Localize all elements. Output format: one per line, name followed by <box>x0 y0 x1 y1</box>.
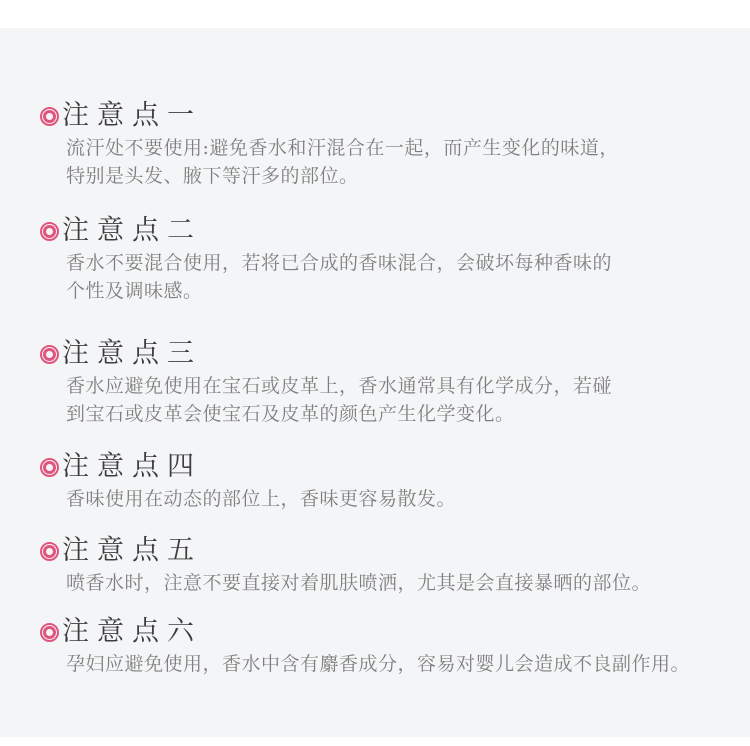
section-title: 注意点二 <box>62 216 202 246</box>
section-title: 注意点四 <box>62 452 202 482</box>
section-body-line: 特别是头发、腋下等汗多的部位。 <box>66 162 730 190</box>
note-section-3: 注意点三 香水应避免使用在宝石或皮革上，香水通常具有化学成分，若碰 到宝石或皮革… <box>40 339 730 428</box>
section-header: 注意点六 <box>40 617 730 647</box>
section-header: 注意点四 <box>40 452 730 482</box>
section-body-line: 到宝石或皮革会使宝石及皮革的颜色产生化学变化。 <box>66 400 730 428</box>
section-header: 注意点一 <box>40 101 730 131</box>
note-section-2: 注意点二 香水不要混合使用，若将已合成的香味混合，会破坏每种香味的 个性及调味感… <box>40 216 730 305</box>
note-section-1: 注意点一 流汗处不要使用:避免香水和汗混合在一起，而产生变化的味道， 特别是头发… <box>40 101 730 190</box>
section-body-line: 孕妇应避免使用，香水中含有麝香成分，容易对婴儿会造成不良副作用。 <box>66 650 730 678</box>
double-ring-bullet-icon <box>40 458 59 477</box>
section-body-line: 香水不要混合使用，若将已合成的香味混合，会破坏每种香味的 <box>66 249 730 277</box>
section-title: 注意点五 <box>62 536 202 566</box>
note-section-4: 注意点四 香味使用在动态的部位上，香味更容易散发。 <box>40 452 730 513</box>
notes-panel: 注意点一 流汗处不要使用:避免香水和汗混合在一起，而产生变化的味道， 特别是头发… <box>0 28 750 737</box>
section-body: 香水应避免使用在宝石或皮革上，香水通常具有化学成分，若碰 到宝石或皮革会使宝石及… <box>66 372 730 428</box>
section-body-line: 香味使用在动态的部位上，香味更容易散发。 <box>66 485 730 513</box>
section-title: 注意点一 <box>62 101 202 131</box>
section-title: 注意点三 <box>62 339 202 369</box>
section-body: 喷香水时，注意不要直接对着肌肤喷洒，尤其是会直接暴晒的部位。 <box>66 569 730 597</box>
note-section-5: 注意点五 喷香水时，注意不要直接对着肌肤喷洒，尤其是会直接暴晒的部位。 <box>40 536 730 597</box>
section-body-line: 喷香水时，注意不要直接对着肌肤喷洒，尤其是会直接暴晒的部位。 <box>66 569 730 597</box>
section-body-line: 个性及调味感。 <box>66 277 730 305</box>
double-ring-bullet-icon <box>40 542 59 561</box>
section-header: 注意点三 <box>40 339 730 369</box>
section-body: 流汗处不要使用:避免香水和汗混合在一起，而产生变化的味道， 特别是头发、腋下等汗… <box>66 134 730 190</box>
section-body-line: 流汗处不要使用:避免香水和汗混合在一起，而产生变化的味道， <box>66 134 730 162</box>
double-ring-bullet-icon <box>40 345 59 364</box>
section-header: 注意点五 <box>40 536 730 566</box>
double-ring-bullet-icon <box>40 222 59 241</box>
page: 注意点一 流汗处不要使用:避免香水和汗混合在一起，而产生变化的味道， 特别是头发… <box>0 0 750 746</box>
section-header: 注意点二 <box>40 216 730 246</box>
section-body: 香水不要混合使用，若将已合成的香味混合，会破坏每种香味的 个性及调味感。 <box>66 249 730 305</box>
note-section-6: 注意点六 孕妇应避免使用，香水中含有麝香成分，容易对婴儿会造成不良副作用。 <box>40 617 730 678</box>
section-body: 孕妇应避免使用，香水中含有麝香成分，容易对婴儿会造成不良副作用。 <box>66 650 730 678</box>
section-title: 注意点六 <box>62 617 202 647</box>
double-ring-bullet-icon <box>40 107 59 126</box>
section-body: 香味使用在动态的部位上，香味更容易散发。 <box>66 485 730 513</box>
section-body-line: 香水应避免使用在宝石或皮革上，香水通常具有化学成分，若碰 <box>66 372 730 400</box>
double-ring-bullet-icon <box>40 623 59 642</box>
